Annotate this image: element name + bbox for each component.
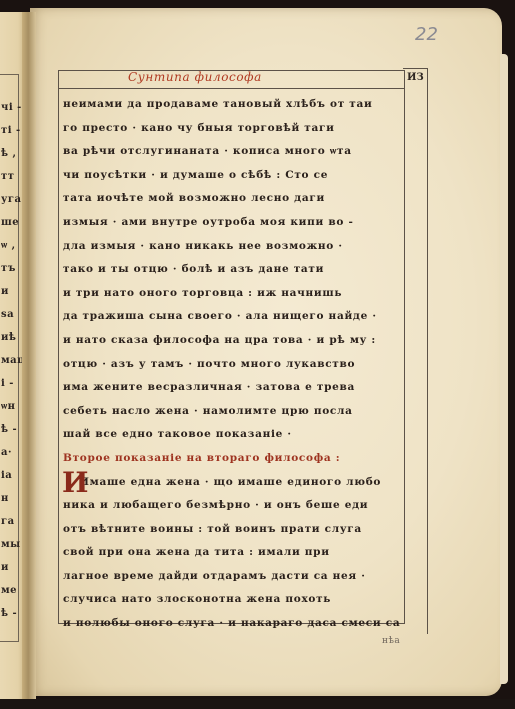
text-line: дла измыя · кано никакь нее возможно · <box>63 235 403 259</box>
text-line: чи поусѣтки · и думаше о сѣбѣ : Сто се <box>63 164 403 188</box>
text-line: отцю · азъ у тамъ · почто много лукавств… <box>63 353 403 377</box>
left-fragment: ме <box>1 585 17 596</box>
scan-background <box>0 699 515 709</box>
left-fragment: тъ <box>1 263 16 274</box>
left-fragment: ѡ , <box>1 240 16 251</box>
left-fragment: уга <box>1 194 22 205</box>
manuscript-scan: чі - ті - ѣ , тт уга ше - ѡ , тъ и ѕа иѣ… <box>0 0 515 709</box>
page-edge <box>500 54 508 684</box>
left-fragment: ѣ , <box>1 148 17 159</box>
text-line: има жените весразличная · затова е трева <box>63 376 403 400</box>
left-fragment: іа <box>1 470 12 481</box>
text-line: случиса нато злосконотна жена похоть <box>63 588 403 612</box>
margin-column-ruling <box>403 68 428 634</box>
catchword: нѣа <box>382 636 400 646</box>
rubric-heading: Второе показаніе на втораго философа : <box>63 447 403 471</box>
text-line: тако и ты отцю · болѣ и азъ дане тати <box>63 258 403 282</box>
text-line: ника и любащего безмѣрно · и онъ беше ед… <box>63 494 403 518</box>
text-line: да тражиша сына своего · ала нищего найд… <box>63 305 403 329</box>
left-fragment: ѡн <box>1 401 16 412</box>
text-block: неимами да продаваме тановый хлѣбъ от та… <box>63 93 403 636</box>
left-fragment: ѣ - <box>1 608 17 619</box>
left-fragment: и <box>1 562 9 573</box>
text-line: отъ вѣтните воины : той воинъ прати слуг… <box>63 518 403 542</box>
left-fragment: а· <box>1 447 12 458</box>
left-fragment: ѕа <box>1 309 14 320</box>
text-line: измыя · ами внутре оутроба моя кипи во - <box>63 211 403 235</box>
text-line: лагное време дайди отдарамъ дасти са нея… <box>63 565 403 589</box>
left-fragment: мы <box>1 539 21 550</box>
running-title: Сунтипа философа <box>128 70 262 84</box>
left-fragment: иѣ <box>1 332 16 343</box>
text-line: и полюбы оного слуга · и накараго даса с… <box>63 612 403 636</box>
text-line: и нато сказа философа на цра това · и рѣ… <box>63 329 403 353</box>
text-line: ва рѣчи отслугинаната · кописа много ѡта <box>63 140 403 164</box>
left-fragment: га <box>1 516 15 527</box>
pencil-folio-number: 22 <box>415 24 438 45</box>
left-fragment: ті - <box>1 125 21 136</box>
header-rule <box>59 88 404 89</box>
text-line: себеть насло жена · намолимте црю посла <box>63 400 403 424</box>
left-fragment: чі - <box>1 102 22 113</box>
left-fragment: і - <box>1 378 14 389</box>
left-fragment: н <box>1 493 9 504</box>
illuminated-initial: И <box>62 469 88 497</box>
text-line: го престо · кано чу бныя торговѣй таги <box>63 117 403 141</box>
left-fragment: ѣ - <box>1 424 17 435</box>
text-line: неимами да продаваме тановый хлѣбъ от та… <box>63 93 403 117</box>
text-line: свой при она жена да тита : имали при <box>63 541 403 565</box>
text-line: шай все едно таковое показаніе · <box>63 423 403 447</box>
book-gutter <box>22 12 36 702</box>
left-fragment: тт <box>1 171 14 182</box>
left-fragment: и <box>1 286 9 297</box>
page-number: ИЗ <box>407 72 424 83</box>
text-line: тата иочѣте мой возможно лесно даги <box>63 187 403 211</box>
text-line: и три нато оного торговца : иж начнишь <box>63 282 403 306</box>
text-line: Имаше една жена · що имаше единого любо <box>63 471 403 495</box>
